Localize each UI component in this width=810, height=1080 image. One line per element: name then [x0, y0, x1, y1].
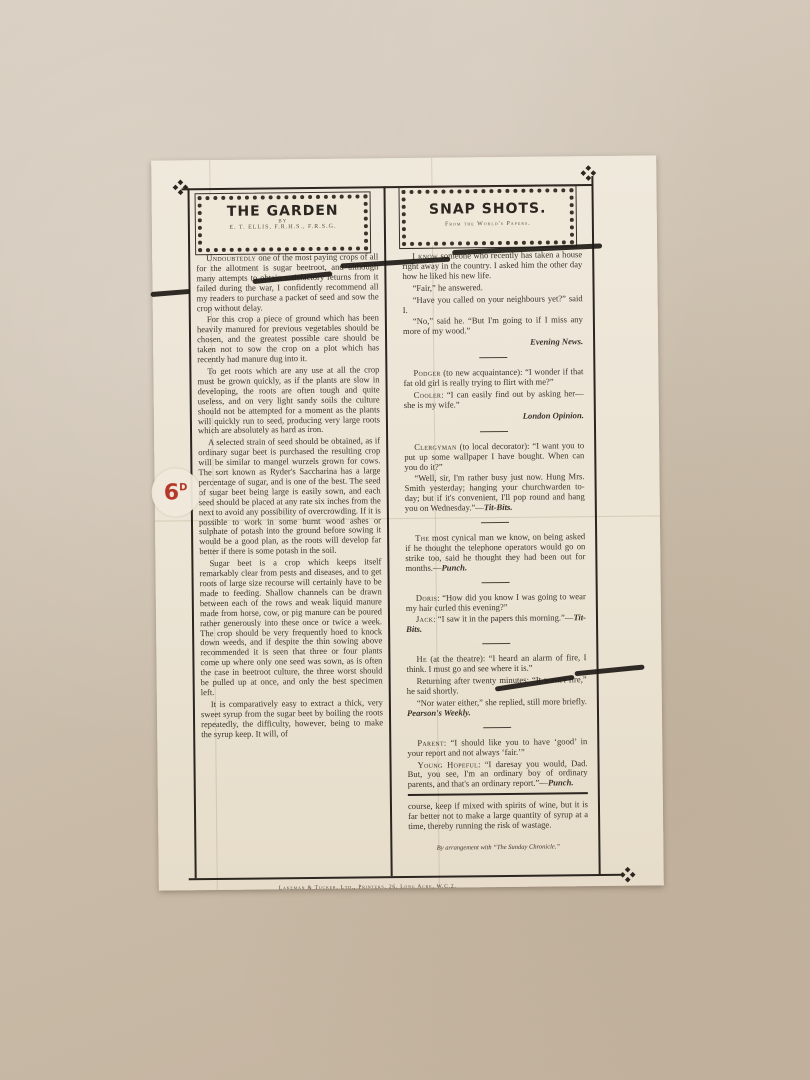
source-credit: Pearson's Weekly. — [407, 707, 471, 718]
article-paragraph: A selected strain of seed should be obta… — [198, 437, 381, 558]
separator-rule — [483, 727, 511, 728]
source-credit: Evening News. — [403, 337, 583, 349]
fleuron-ornament-icon — [581, 166, 595, 180]
snapshot-line: Doris: “How did you know I was going to … — [406, 592, 586, 614]
snapshot-line: Jack: “I saw it in the papers this morni… — [406, 614, 586, 636]
lead-word: Undoubtedly — [206, 253, 256, 264]
snapshot-line: Podger (to new acquaintance): “I wonder … — [403, 367, 583, 389]
marker-strike — [150, 289, 190, 297]
snapshots-subtitle: From the World's Papers. — [406, 220, 570, 228]
speaker-name: Jack — [416, 614, 433, 624]
article-paragraph: Undoubtedly one of the most paying crops… — [196, 252, 379, 313]
snapshots-title-box: SNAP SHOTS. From the World's Papers. — [402, 188, 575, 246]
article-paragraph: For this crop a piece of ground which ha… — [197, 314, 380, 365]
article-paragraph: It is comparatively easy to extract a th… — [201, 698, 383, 740]
snapshot-line: “No,” said he. “But I'm going to if I mi… — [403, 316, 583, 338]
snapshot-line: Cooler: “I can easily find out by asking… — [404, 389, 584, 411]
garden-author: E. T. ELLIS, F.R.H.S., F.R.S.G. — [202, 223, 364, 231]
article-paragraph: To get roots which are any use at all th… — [197, 365, 380, 436]
snapshot-line: “Well, sir, I'm rather busy just now. Hu… — [404, 473, 584, 515]
frame-rule-right — [591, 176, 600, 876]
continuation-rule — [408, 792, 588, 796]
price-suffix: D — [179, 482, 187, 493]
speaker-name: Cooler — [414, 390, 442, 400]
article-paragraph: Sugar beet is a crop which keeps itself … — [199, 557, 382, 698]
garden-article: Undoubtedly one of the most paying crops… — [196, 252, 383, 741]
snapshot-line: Clergyman (to local decorator): “I want … — [404, 441, 584, 473]
snapshot-line: Parent: “I should like you to have ‘good… — [407, 737, 587, 759]
garden-title: THE GARDEN — [202, 202, 364, 220]
snapshot-line: “Have you called on your neighbours yet?… — [403, 294, 583, 316]
snapshot-line: Young Hopeful: “I daresay you would, Dad… — [407, 759, 587, 791]
snapshot-line: “Nor water either,” she replied, still m… — [407, 697, 587, 719]
price-sticker: 6D — [151, 468, 200, 517]
speaker-name: Young Hopeful — [417, 759, 478, 770]
speaker-name: He — [416, 654, 427, 664]
fleuron-ornament-icon — [173, 180, 187, 194]
snapshots-title: SNAP SHOTS. — [406, 200, 570, 218]
source-credit: London Opinion. — [404, 411, 584, 423]
fleuron-ornament-icon — [621, 868, 635, 882]
column-divider — [383, 186, 392, 876]
separator-rule — [479, 357, 507, 358]
speaker-name: Parent — [417, 737, 444, 747]
frame-rule-bottom — [189, 874, 624, 881]
speaker-name: The — [415, 533, 429, 543]
source-credit: Punch. — [548, 778, 574, 788]
arrangement-credit: By arrangement with “The Sunday Chronicl… — [408, 842, 588, 854]
separator-rule — [480, 431, 508, 432]
leaflet-page: THE GARDEN BY E. T. ELLIS, F.R.H.S., F.R… — [151, 155, 664, 890]
source-credit: Tit-Bits. — [484, 502, 513, 512]
separator-rule — [482, 582, 510, 583]
speaker-name: Clergyman — [414, 441, 457, 451]
snapshots-column: I know someone who recently has taken a … — [402, 250, 588, 854]
separator-rule — [481, 522, 509, 523]
source-credit: Tit-Bits. — [406, 613, 586, 635]
garden-title-box: THE GARDEN BY E. T. ELLIS, F.R.H.S., F.R… — [198, 194, 369, 252]
separator-rule — [482, 643, 510, 644]
snapshot-line: The most cynical man we know, on being a… — [405, 532, 585, 574]
snapshot-line: “Fair,” he answered. — [402, 282, 582, 294]
speaker-name: Doris — [416, 592, 437, 602]
speaker-name: Podger — [413, 368, 440, 378]
article-continuation: course, keep if mixed with spirits of wi… — [408, 800, 588, 832]
snapshot-line: I know someone who recently has taken a … — [402, 250, 582, 282]
source-credit: Punch. — [441, 562, 467, 572]
snapshot-line: He (at the theatre): “I heard an alarm o… — [406, 653, 586, 675]
price-value: 6 — [164, 480, 180, 505]
